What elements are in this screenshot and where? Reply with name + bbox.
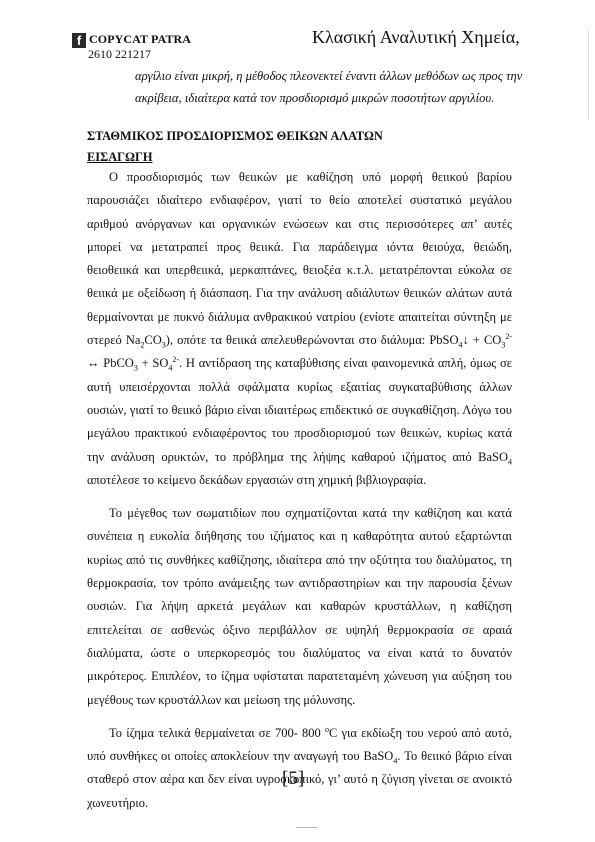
section-title: ΣΤΑΘΜΙΚΟΣ ΠΡΟΣΔΙΟΡΙΣΜΟΣ ΘΕΙΚΩΝ ΑΛΑΤΩΝ	[87, 129, 383, 144]
section-subtitle: ΕΙΣΑΓΩΓΗ	[87, 150, 152, 165]
superscript: 2-	[505, 332, 512, 341]
paragraph-1: Ο προσδιορισμός των θειικών με καθίζηση …	[87, 166, 512, 492]
subscript: 3	[501, 341, 505, 350]
document-body: Ο προσδιορισμός των θειικών με καθίζηση …	[87, 166, 512, 825]
brand-block: fCOPYCAT PATRA	[72, 30, 191, 48]
brand-name: COPYCAT PATRA	[89, 32, 191, 46]
intro-continuation-text: αργίλιο είναι μικρή, η μέθοδος πλεονεκτε…	[135, 65, 530, 109]
page-number: [5]	[282, 768, 304, 790]
text: + SO	[138, 356, 169, 370]
text: . Η αντίδραση της καταβύθισης είναι φαιν…	[87, 356, 512, 463]
subscript: 4	[508, 457, 512, 466]
text: Το ίζημα τελικά θερμαίνεται σε 700- 800	[109, 726, 325, 740]
paragraph-2: Το μέγεθος των σωματιδίων που σχηματίζον…	[87, 502, 512, 712]
document-header-title: Κλασική Αναλυτική Χημεία,	[312, 27, 520, 48]
text: Ο προσδιορισμός των θειικών με καθίζηση …	[87, 170, 512, 347]
document-page: fCOPYCAT PATRA 2610 221217 Κλασική Αναλυ…	[0, 0, 595, 842]
text: αποτέλεσε το κείμενο δεκάδων εργασιών στ…	[87, 473, 426, 487]
text: ), οπότε τα θειικά απελευθερώνονται στο …	[166, 333, 459, 347]
text: ↔ PbCO	[87, 356, 134, 370]
brand-phone: 2610 221217	[88, 47, 151, 62]
facebook-icon: f	[72, 33, 86, 48]
subscript: 4	[168, 364, 172, 373]
text: CO	[144, 333, 161, 347]
scan-artifact	[296, 827, 318, 828]
scan-edge	[588, 30, 589, 120]
text: ↓ + CO	[463, 333, 502, 347]
